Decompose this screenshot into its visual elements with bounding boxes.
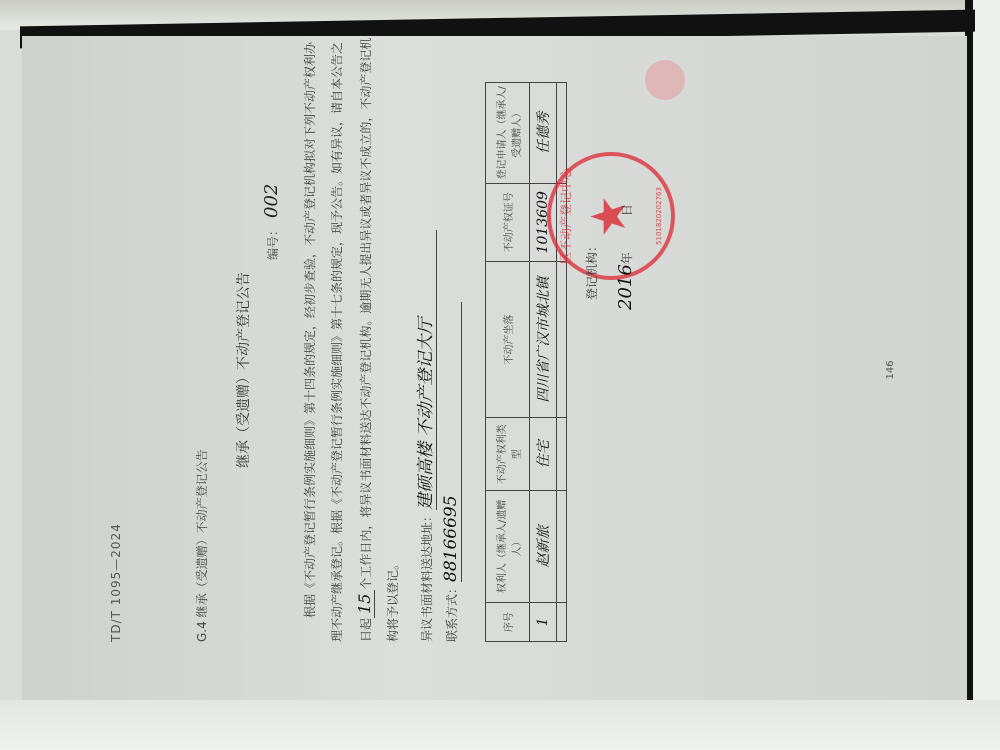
objection-address-label: 异议书面材料送达地址： xyxy=(420,510,434,642)
ink-smudge xyxy=(645,60,685,100)
cell-applicant: 任德秀 xyxy=(530,83,557,184)
document-page: TD/T 1095—2024 G.4 继承（受遗赠）不动产登记公告 继承（受遗赠… xyxy=(85,50,925,690)
paragraph-part2: 个工作日内，将异议书面材料送达不动产登记机构。逾期无人提出异议或者异议不成立的，… xyxy=(359,38,400,642)
serial-number: 编号：002 xyxy=(261,184,282,260)
photo-background-right xyxy=(970,0,1000,750)
date-year-label: 年 xyxy=(620,252,634,264)
paper-fold-bottom xyxy=(0,700,1000,750)
seal-code: 5101820202763 xyxy=(655,156,663,276)
registration-org: 登记机构： xyxy=(583,240,600,300)
serial-value: 002 xyxy=(261,184,282,218)
header-right-type: 不动产权利类型 xyxy=(486,418,530,491)
header-serial: 序号 xyxy=(486,602,530,641)
cell-location: 四川省广汉市城北镇 xyxy=(530,261,557,418)
contact-line: 联系方式：88166695 xyxy=(441,302,462,642)
registration-table: 序号 权利人（继承人/遗赠人） 不动产权利类型 不动产坐落 不动产权证号 登记申… xyxy=(485,82,567,642)
cell-serial: 1 xyxy=(530,602,557,641)
table-row: 1 赵新旅 住宅 四川省广汉市城北镇 1013609 任德秀 xyxy=(530,83,557,642)
registration-date: 2016年 日 xyxy=(615,204,636,310)
header-right-holder: 权利人（继承人/遗赠人） xyxy=(486,491,530,603)
objection-address-line: 异议书面材料送达地址：建硕高楼 不动产登记大厅 xyxy=(411,230,437,642)
page-number: 146 xyxy=(885,50,896,690)
notice-paragraph: 根据《不动产登记暂行条例实施细则》第十四条的规定，经初步查验，不动产登记机构拟对… xyxy=(297,32,407,642)
objection-address-value: 建硕高楼 不动产登记大厅 xyxy=(411,230,437,510)
contact-value: 88166695 xyxy=(441,302,462,582)
cell-right-type: 住宅 xyxy=(530,418,557,491)
header-certificate-no: 不动产权证号 xyxy=(486,183,530,261)
seal-text: 区不动产登记中心 xyxy=(557,156,574,276)
date-year: 2016 xyxy=(615,264,636,310)
objection-days: 15 xyxy=(355,590,375,618)
section-heading: G.4 继承（受遗赠）不动产登记公告 xyxy=(193,449,210,642)
official-seal: 区不动产登记中心 ★ 5101820202763 xyxy=(547,152,675,280)
table-header-row: 序号 权利人（继承人/遗赠人） 不动产权利类型 不动产坐落 不动产权证号 登记申… xyxy=(486,83,530,642)
header-location: 不动产坐落 xyxy=(486,261,530,418)
date-day-label: 日 xyxy=(620,204,634,216)
standard-code: TD/T 1095—2024 xyxy=(109,523,123,642)
header-applicant: 登记申请人（继承人/受遗赠人） xyxy=(486,83,530,184)
contact-label: 联系方式： xyxy=(445,582,459,642)
notice-title: 继承（受遗赠）不动产登记公告 xyxy=(233,50,253,690)
serial-label: 编号： xyxy=(266,224,280,260)
cell-right-holder: 赵新旅 xyxy=(530,491,557,603)
registration-org-label: 登记机构： xyxy=(585,240,599,300)
